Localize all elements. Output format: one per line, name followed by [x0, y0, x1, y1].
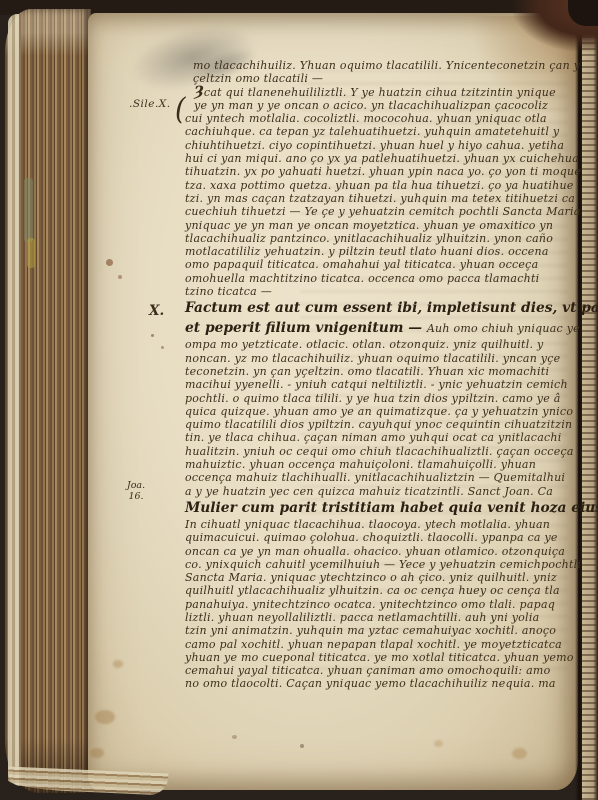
manuscript-line: camo pal xochitl. yhuan nepapan tlapal x… [185, 638, 578, 651]
foxing-stain [118, 275, 122, 279]
manuscript-line: a y ye huatzin yec cen quizca mahuiz tic… [185, 485, 578, 498]
manuscript-line: omohuella machtitzino ticatca. occenca o… [185, 272, 578, 285]
manuscript-line: liztli. yhuan neyollaliliztli. pacca net… [185, 611, 578, 624]
manuscript-text-segment: no omo tlaocolti. Caçan yniquac yemo tla… [185, 677, 556, 690]
manuscript-line: Factum est aut cum essent ibi, impletisu… [185, 298, 578, 318]
edge-tint-yellow [27, 238, 35, 268]
manuscript-text-segment: omo papaquil titicatca. omahahui yal tit… [185, 258, 538, 271]
manuscript-text-segment: quilhuitl ytlacachihualiz ylhuitzin. ca … [185, 584, 560, 597]
manuscript-line: co. ynixquich cahuitl ycemilhuiuh — Yece… [185, 558, 578, 571]
manuscript-line: quica quizque. yhuan amo ye an quimatizq… [185, 405, 578, 418]
manuscript-line: cemahui yayal titicatca. yhuan çaniman a… [185, 664, 578, 677]
edge-tint-green [24, 178, 33, 242]
foxing-stain [113, 660, 123, 668]
manuscript-text-segment: quimacuicui. quimao çolohua. choquiztli.… [185, 531, 558, 544]
manuscript-line: çeltzin omo tlacatili — [193, 72, 578, 85]
margin-paragraph-mark: X. [149, 303, 164, 319]
manuscript-line: no omo tlaocolti. Caçan yniquac yemo tla… [185, 677, 578, 690]
manuscript-text-segment: Auh omo chiuh yniquac ye [427, 322, 580, 335]
manuscript-line: teconetzin. yn çan yçeltzin. omo tlacati… [185, 365, 578, 378]
manuscript-line: Mulier cum parit tristitiam habet quia v… [185, 498, 578, 518]
margin-citation: Joa. 16. [123, 481, 149, 502]
manuscript-text-segment: yhuan ye mo cueponal titicatca. ye mo xo… [185, 651, 574, 664]
foxing-stain [232, 735, 237, 739]
manuscript-line: yniquac ye yn man ye oncan moyetztica. y… [185, 219, 578, 232]
manuscript-text-segment: cat qui tlanenehuililiztli. Y ye huatzin… [204, 86, 556, 99]
manuscript-line: ye yn man y ye oncan o acico. yn tlacach… [194, 99, 578, 112]
manuscript-text-segment: quimo tlacatilili dios ypiltzin. cayuhqu… [185, 418, 572, 431]
manuscript-text-segment: tzino ticatca — [185, 285, 272, 298]
manuscript-line: motlacatililiz yehuatzin. y piltzin teut… [185, 245, 578, 258]
manuscript-line: hui ci yan miqui. ano ço yx ya patlehuat… [185, 152, 578, 165]
manuscript-line: cuechiuh tihuetzi — Ye çe y yehuatzin ce… [185, 205, 578, 218]
manuscript-line: tihuatzin. yx po yahuati huetzi. yhuan y… [185, 165, 578, 178]
manuscript-text-segment: mahuiztic. yhuan occença mahuiçoloni. tl… [185, 458, 536, 471]
manuscript-line: omo papaquil titicatca. omahahui yal tit… [185, 258, 578, 271]
manuscript-line: tzin yni animatzin. yuhquin ma yztac cem… [185, 624, 578, 637]
manuscript-photo: .Sile.X. X. Joa. 16. ( mo tlacachihuiliz… [0, 0, 598, 800]
manuscript-line: tlacachihualiz pantzinco. ynitlacachihua… [185, 232, 578, 245]
manuscript-text-segment: cemahui yayal titicatca. yhuan çaniman a… [185, 664, 550, 677]
latin-incipit: Mulier cum parit tristitiam habet quia v… [185, 500, 598, 516]
manuscript-text-segment: yniquac ye yn man ye oncan moyetztica. y… [185, 219, 553, 232]
manuscript-text-segment: tihuatzin. yx po yahuati huetzi. yhuan y… [185, 165, 581, 178]
latin-incipit: Factum est aut cum essent ibi, impletisu… [185, 300, 598, 316]
manuscript-text-segment: occença mahuiz tlachihualli. ynitlacachi… [185, 471, 565, 484]
manuscript-text-segment: cachiuhque. ca tepan yz talehuatihuetzi.… [185, 125, 559, 138]
foxing-stain [512, 748, 527, 759]
foxing-stain [106, 259, 113, 266]
foxing-stain [434, 740, 443, 747]
manuscript-text-segment: ye yn man y ye oncan o acico. yn tlacach… [194, 99, 548, 112]
manuscript-line: quilhuitl ytlacachihualiz ylhuitzin. ca … [185, 584, 578, 597]
foxing-stain [300, 744, 304, 748]
manuscript-line: pochtli. o quimo tlaca tilili. y ye hua … [185, 392, 578, 405]
manuscript-text-segment: tin. ye tlaca chihua. çaçan niman amo yu… [185, 431, 562, 444]
manuscript-text-segment: a y ye huatzin yec cen quizca mahuiz tic… [185, 485, 553, 498]
manuscript-text-segment: chiuhtihuetzi. ciyo copintihuetzi. yhuan… [185, 139, 564, 152]
manuscript-line: occença mahuiz tlachihualli. ynitlacachi… [185, 471, 578, 484]
manuscript-text-segment: pochtli. o quimo tlaca tilili. y ye hua … [185, 392, 561, 405]
manuscript-text-segment: macihui yyenelli. - yniuh catqui neltili… [185, 378, 568, 391]
manuscript-line: oncan ca ye yn man ohualla. ohacico. yhu… [185, 545, 578, 558]
manuscript-line: hualitzin. yniuh oc cequi omo chiuh tlac… [185, 445, 578, 458]
manuscript-line: et peperit filium vnigenitum — Auh omo c… [185, 318, 578, 338]
manuscript-line: yhuan ye mo cueponal titicatca. ye mo xo… [185, 651, 578, 664]
margin-citation-book: Joa. [123, 481, 149, 492]
foxing-stain [161, 346, 164, 349]
manuscript-line: In cihuatl yniquac tlacachihua. tlaocoya… [185, 518, 578, 531]
manuscript-text-segment: tlacachihualiz pantzinco. ynitlacachihua… [185, 232, 553, 245]
manuscript-text-segment: tzi. yn mas caçan tzatzayan tihuetzi. yu… [185, 192, 575, 205]
facing-page-sliver [582, 0, 598, 800]
manuscript-text-segment: tza. xaxa pottimo quetza. yhuan pa tla h… [185, 179, 574, 192]
manuscript-text-segment: panahuiya. ynitechtzinco ocatca. ynitech… [185, 598, 555, 611]
foxing-stain [151, 334, 154, 337]
manuscript-text-segment: camo pal xochitl. yhuan nepapan tlapal x… [185, 638, 562, 651]
manuscript-line: cachiuhque. ca tepan yz talehuatihuetzi.… [185, 125, 578, 138]
manuscript-text-segment: motlacatililiz yehuatzin. y piltzin teut… [185, 245, 549, 258]
manuscript-line: chiuhtihuetzi. ciyo copintihuetzi. yhuan… [185, 139, 578, 152]
manuscript-line: macihui yyenelli. - yniuh catqui neltili… [185, 378, 578, 391]
manuscript-text-segment: noncan. yz mo tlacachihuiliz. yhuan oqui… [185, 352, 560, 365]
manuscript-text-segment: hui ci yan miqui. ano ço yx ya patlehuat… [185, 152, 579, 165]
manuscript-line: quimo tlacatilili dios ypiltzin. cayuhqu… [185, 418, 578, 431]
text-block: mo tlacachihuiliz. Yhuan oquimo tlacatil… [185, 59, 578, 691]
manuscript-line: ompa mo yetzticate. otlacic. otlan. otzo… [185, 338, 578, 351]
manuscript-line: cui yntech motlalia. cocoliztli. mococoh… [185, 112, 578, 125]
manuscript-text-segment: çeltzin omo tlacatili — [193, 72, 323, 85]
manuscript-text-segment: teconetzin. yn çan yçeltzin. omo tlacati… [185, 365, 549, 378]
foxing-stain [95, 710, 115, 724]
manuscript-text-segment: hualitzin. yniuh oc cequi omo chiuh tlac… [185, 445, 574, 458]
paragraph-bracket: ( [175, 92, 186, 126]
manuscript-text-segment: Sancta Maria. yniquac ytechtzinco o ah ç… [185, 571, 557, 584]
manuscript-line: mahuiztic. yhuan occença mahuiçoloni. tl… [185, 458, 578, 471]
manuscript-text-segment: co. ynixquich cahuitl ycemilhuiuh — Yece… [185, 558, 581, 571]
margin-citation-chapter: 16. [123, 492, 149, 503]
manuscript-line: tza. xaxa pottimo quetza. yhuan pa tla h… [185, 179, 578, 192]
manuscript-line: Sancta Maria. yniquac ytechtzinco o ah ç… [185, 571, 578, 584]
manuscript-line: quimacuicui. quimao çolohua. choquiztli.… [185, 531, 578, 544]
latin-incipit: et peperit filium vnigenitum — [185, 320, 427, 336]
manuscript-text-segment: Ȝ [194, 84, 204, 100]
manuscript-text-segment: ompa mo yetzticate. otlacic. otlan. otzo… [185, 338, 543, 351]
margin-note-section: .Sile.X. [129, 98, 171, 110]
manuscript-text-segment: quica quizque. yhuan amo ye an quimatizq… [185, 405, 573, 418]
manuscript-line: tin. ye tlaca chihua. çaçan niman amo yu… [185, 431, 578, 444]
manuscript-line: Ȝcat qui tlanenehuililiztli. Y ye huatzi… [194, 86, 578, 99]
manuscript-text-segment: cuechiuh tihuetzi — Ye çe y yehuatzin ce… [185, 205, 581, 218]
book-page-edges-pale-strip [8, 14, 21, 786]
manuscript-text-segment: oncan ca ye yn man ohualla. ohacico. yhu… [185, 545, 565, 558]
manuscript-line: mo tlacachihuiliz. Yhuan oquimo tlacatil… [193, 59, 578, 72]
foxing-stain [90, 748, 104, 758]
manuscript-text-segment: liztli. yhuan neyollaliliztli. pacca net… [185, 611, 539, 624]
manuscript-text-segment: cui yntech motlalia. cocoliztli. mococoh… [185, 112, 547, 125]
manuscript-line: noncan. yz mo tlacachihuiliz. yhuan oqui… [185, 352, 578, 365]
manuscript-text-segment: tzin yni animatzin. yuhquin ma yztac cem… [185, 624, 556, 637]
manuscript-text-segment: In cihuatl yniquac tlacachihua. tlaocoya… [185, 518, 550, 531]
manuscript-line: tzino ticatca — [185, 285, 578, 298]
manuscript-text-segment: omohuella machtitzino ticatca. occenca o… [185, 272, 539, 285]
manuscript-line: panahuiya. ynitechtzinco ocatca. ynitech… [185, 598, 578, 611]
manuscript-text-segment: mo tlacachihuiliz. Yhuan oquimo tlacatil… [193, 59, 580, 72]
manuscript-line: tzi. yn mas caçan tzatzayan tihuetzi. yu… [185, 192, 578, 205]
